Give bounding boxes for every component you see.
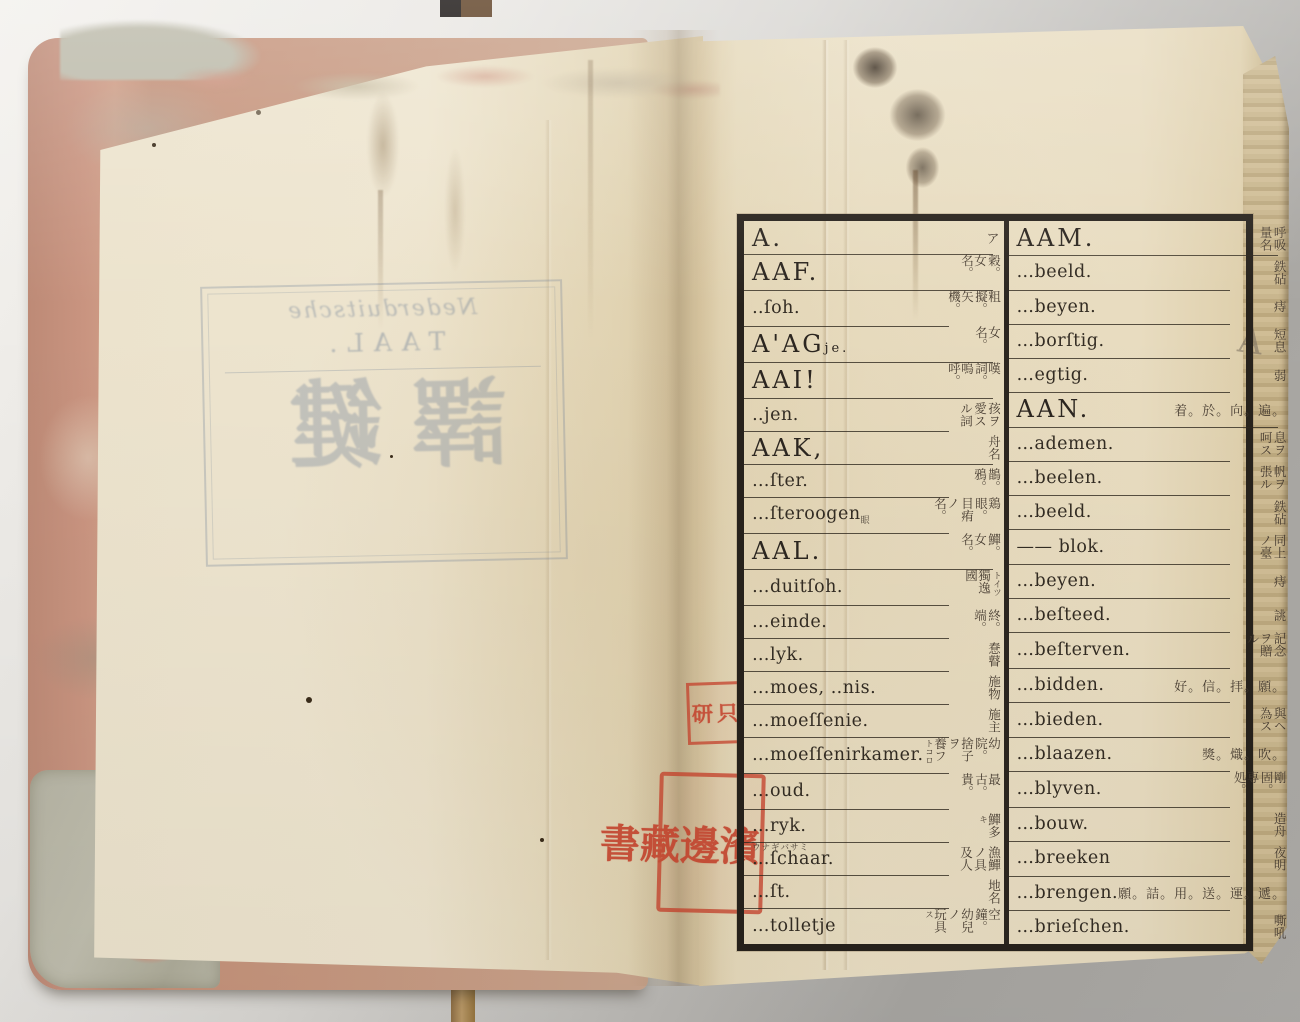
speck <box>540 838 544 842</box>
annotation-horizontal: 好。信。拝。願。 <box>1174 676 1286 695</box>
annotation-column: 鱓。 <box>988 533 1001 558</box>
annotation-column: 呵ス <box>1259 431 1272 456</box>
red-seal-small: 只 研 <box>686 681 744 745</box>
seal-char: 只 <box>716 697 738 728</box>
annotation-column: 息ヲ <box>1273 431 1286 456</box>
entry-annotation: 剛固。専処。 <box>1233 771 1289 807</box>
entry-word: …blaazen. <box>1009 744 1113 764</box>
annotation-column: 量名 <box>1259 226 1272 251</box>
dictionary-table: A.アAAF.穀。女名。‥ſoh.粗擬。矢機。A'AGje.女名。AAI!嘆詞。… <box>737 214 1253 951</box>
annotation-column: 痔 <box>1273 575 1286 588</box>
entry-word: AAF. <box>744 258 819 286</box>
entry-annotation: 記念ヲ贈ル <box>1246 632 1289 668</box>
entry-word-suffix: je. <box>824 341 849 356</box>
entry-annotation: 嘆詞。嗚呼。 <box>948 362 1004 398</box>
entry-word: …brengen. <box>1009 883 1119 903</box>
annotation-horizontal: ア <box>987 228 1001 247</box>
dict-row: AAM.呼吸量名 <box>1009 221 1290 255</box>
entry-word: AAL. <box>744 537 822 565</box>
dict-row: AAN.着。於。向。遍。 <box>1009 392 1290 426</box>
annotation-column: 鵲。 <box>988 468 1001 493</box>
dict-row: …ſt.地名 <box>744 875 1004 908</box>
entry-word: …beyen. <box>1009 297 1097 317</box>
entry-annotation: 施主 <box>988 708 1004 733</box>
annotation-horizontal: 願。詰。用。送。運。遞。 <box>1118 883 1286 902</box>
entry-annotation: 息ヲ呵ス <box>1259 431 1289 456</box>
dict-row: …egtig.弱 <box>1009 358 1290 392</box>
annotation-column: 帆ヲ <box>1273 465 1286 490</box>
annotation-column: 矢機。 <box>948 290 974 326</box>
dict-row: …beyen.痔 <box>1009 290 1290 324</box>
entry-annotation: 鱓。女名。 <box>961 533 1004 569</box>
entry-word: …tolletje <box>744 916 836 936</box>
entry-annotation: 着。於。向。遍。 <box>1174 400 1289 419</box>
annotation-column: 嘶吼 <box>1273 914 1286 939</box>
entry-word: …bieden. <box>1009 710 1104 730</box>
entry-word: …beſterven. <box>1009 640 1131 660</box>
annotation-column: キ <box>978 815 987 824</box>
annotation-column: 女名。 <box>961 254 987 290</box>
annotation-column: 呼吸 <box>1273 226 1286 251</box>
seal-char: 書 <box>599 812 640 870</box>
annotation-column: 與ヘ <box>1273 707 1286 732</box>
entry-annotation: 女名。 <box>975 326 1004 362</box>
dict-row: A.ア <box>744 221 1004 254</box>
speck <box>256 110 261 115</box>
annotation-column: 及人 <box>960 846 973 871</box>
annotation-column: 幼院。 <box>975 737 1001 773</box>
annotation-column: 最古。 <box>975 773 1001 809</box>
entry-word: …beeld. <box>1009 262 1092 282</box>
entry-word: …moeſſenirkamer. <box>744 745 924 765</box>
speck <box>306 697 312 703</box>
dict-row: …beſteed.誂 <box>1009 598 1290 632</box>
seal-char: 藏 <box>639 813 680 871</box>
annotation-column: 施主 <box>988 708 1001 733</box>
annotation-column: 養フ <box>934 737 947 762</box>
entry-word: …beelen. <box>1009 468 1103 488</box>
entry-word: A. <box>744 224 783 252</box>
annotation-column: 愛ス <box>974 402 987 427</box>
annotation-column: ノ具 <box>974 846 987 871</box>
entry-word: ‥jen. <box>744 405 799 425</box>
entry-annotation: 粗擬。矢機。 <box>948 290 1004 326</box>
annotation-column: 鴉。 <box>974 468 987 493</box>
annotation-column: ノ臺 <box>1259 534 1272 559</box>
dict-row: …bouw.造舟 <box>1009 807 1290 841</box>
annotation-column: 痔 <box>1273 300 1286 313</box>
entry-annotation: 好。信。拝。願。 <box>1174 676 1289 695</box>
annotation-horizontal: 着。於。向。遍。 <box>1174 400 1286 419</box>
entry-word: ‥ſoh. <box>744 298 800 318</box>
entry-word: AAM. <box>1009 224 1096 252</box>
entry-annotation: 舟名 <box>988 435 1004 460</box>
annotation-column: ル詞 <box>960 402 973 427</box>
entry-word: …oud. <box>744 781 811 801</box>
dict-row: ‥ſoh.粗擬。矢機。 <box>744 290 1004 326</box>
dict-row: …oud.最古。貴。 <box>744 773 1004 809</box>
dict-row: …ſteroogen眼鶏眼。目痏ノ名。 <box>744 497 1004 533</box>
entry-annotation: 造舟 <box>1273 812 1289 837</box>
entry-word: …duitſoh. <box>744 577 843 597</box>
entry-annotation: 孩ヲ愛スル詞 <box>960 402 1004 427</box>
dict-row: …brieſchen.嘶吼 <box>1009 910 1290 944</box>
dict-row: …ademen.息ヲ呵ス <box>1009 427 1290 461</box>
entry-word: …moes, ‥nis. <box>744 678 876 698</box>
annotation-column: 弱 <box>1273 369 1286 382</box>
dict-row: AAI!嘆詞。嗚呼。 <box>744 362 1004 398</box>
annotation-column: ノ名。 <box>934 497 960 533</box>
entry-annotation: 空鐘。幼兒ノ玩具ス <box>924 908 1004 944</box>
cover-worn-corner-top <box>60 20 260 80</box>
dict-row: …moeſſenie.施主 <box>744 704 1004 737</box>
entry-word: …bidden. <box>1009 675 1105 695</box>
annotation-column: ス <box>924 910 933 919</box>
entry-word: …beeld. <box>1009 502 1092 522</box>
entry-annotation: 鶏眼。目痏ノ名。 <box>934 497 1004 533</box>
entry-annotation: トイツ獨逸國 <box>965 569 1004 605</box>
entry-annotation: 鉄砧 <box>1273 500 1289 525</box>
entry-annotation: 鱓多キ <box>978 813 1004 838</box>
dict-row: …blaazen.獎。熾。吹。 <box>1009 737 1290 771</box>
annotation-column: 目痏 <box>961 497 974 522</box>
annotation-column: 幼兒ノ <box>948 908 974 944</box>
annotation-column: 女名。 <box>961 533 987 569</box>
annotation-column: 鱓多 <box>988 813 1001 838</box>
annotation-column: 鶏眼。 <box>975 497 1001 533</box>
entry-word: …egtig. <box>1009 365 1089 385</box>
dict-row: …lyk.惷瞽 <box>744 638 1004 671</box>
entry-annotation: 痔 <box>1273 575 1289 588</box>
annotation-column: トコロ <box>924 739 933 765</box>
entry-annotation: 痔 <box>1273 300 1289 313</box>
entry-annotation: 誂 <box>1273 609 1289 622</box>
entry-word: …blyven. <box>1009 779 1102 799</box>
dict-row: …beſterven.記念ヲ贈ル <box>1009 632 1290 668</box>
dict-row: …duitſoh.トイツ獨逸國 <box>744 569 1004 605</box>
entry-annotation: 漁鱓ノ具及人 <box>960 846 1004 871</box>
entry-word: …beyen. <box>1009 571 1097 591</box>
dict-row: …beyen.痔 <box>1009 564 1290 598</box>
annotation-column: 短息 <box>1273 328 1286 353</box>
dict-row: …tolletje空鐘。幼兒ノ玩具ス <box>744 908 1004 944</box>
annotation-column: 捨子ヲ <box>948 737 974 773</box>
entry-annotation: 終。端。 <box>974 609 1004 634</box>
annotation-column: 獨逸國 <box>965 569 991 605</box>
annotation-column: 嗚呼。 <box>948 362 974 398</box>
dict-row: AAL.鱓。女名。 <box>744 533 1004 569</box>
annotation-column: 同上 <box>1273 534 1286 559</box>
annotation-column: 夜明 <box>1273 846 1286 871</box>
entry-word: …ſter. <box>744 471 808 491</box>
entry-word: —— blok. <box>1009 537 1105 557</box>
dict-row: —— blok.同上ノ臺 <box>1009 529 1290 563</box>
annotation-column: 専処。 <box>1233 771 1259 807</box>
entry-word: …lyk. <box>744 645 804 665</box>
entry-word: AAI! <box>744 366 818 394</box>
showthrough-kanji-title: 譯鍵 <box>204 370 564 482</box>
annotation-column: 漁鱓 <box>988 846 1001 871</box>
annotation-column: 嘆詞。 <box>975 362 1001 398</box>
entry-word: …brieſchen. <box>1009 917 1130 937</box>
entry-word: …ſteroogen眼 <box>744 504 870 526</box>
dict-row: …moeſſenirkamer.幼院。捨子ヲ養フトコロ <box>744 737 1004 773</box>
annotation-column: 記念 <box>1273 632 1286 657</box>
entry-word: …ryk. <box>744 816 806 836</box>
dict-row: ウナギバサミ…ſchaar.漁鱓ノ具及人 <box>744 842 1004 875</box>
speck <box>152 143 156 147</box>
entry-word: …ademen. <box>1009 434 1114 454</box>
dict-row: …borſtig.短息 <box>1009 324 1290 358</box>
annotation-column: トイツ <box>992 571 1001 597</box>
title-page-showthrough: Nederduitsche TAAL. 譯鍵 <box>200 279 568 567</box>
entry-annotation: 獎。熾。吹。 <box>1202 744 1289 763</box>
dict-row: …moes, ‥nis.施物 <box>744 671 1004 704</box>
annotation-column: 終。 <box>988 609 1001 634</box>
entry-annotation: 施物 <box>988 675 1004 700</box>
entry-annotation: 穀。女名。 <box>961 254 1004 290</box>
entry-annotation: 鵲。鴉。 <box>974 468 1004 493</box>
dict-row: …bieden.與ヘ為ス <box>1009 702 1290 736</box>
dictionary-column-left: A.アAAF.穀。女名。‥ſoh.粗擬。矢機。A'AGje.女名。AAI!嘆詞。… <box>744 221 1004 944</box>
annotation-column: 惷瞽 <box>988 642 1001 667</box>
dict-row: …breeken夜明 <box>1009 841 1290 875</box>
entry-annotation: 嘶吼 <box>1273 914 1289 939</box>
annotation-column: 玩具 <box>934 908 947 933</box>
dict-row: AAF.穀。女名。 <box>744 254 1004 290</box>
annotation-horizontal: 獎。熾。吹。 <box>1202 744 1286 763</box>
dict-row: A'AGje.女名。 <box>744 326 1004 362</box>
cradle-stick-top <box>440 0 492 17</box>
entry-word: …breeken <box>1009 848 1111 868</box>
entry-annotation: 與ヘ為ス <box>1259 707 1289 732</box>
annotation-column: 穀。 <box>988 254 1001 279</box>
dict-row: …bidden.好。信。拝。願。 <box>1009 668 1290 702</box>
entry-annotation: 弱 <box>1273 369 1289 382</box>
dict-row: …beeld.鉄砧 <box>1009 495 1290 529</box>
annotation-column: 舟名 <box>988 435 1001 460</box>
entry-word: …ſt. <box>744 882 791 902</box>
entry-annotation: 鉄砧 <box>1273 260 1289 285</box>
entry-annotation: 呼吸量名 <box>1259 226 1289 251</box>
showthrough-caps-line: TAAL. <box>203 324 562 360</box>
dict-row: ‥jen.孩ヲ愛スル詞 <box>744 398 1004 431</box>
entry-word: AAN. <box>1009 395 1091 423</box>
dict-row: …blyven.剛固。専処。 <box>1009 771 1290 807</box>
dictionary-column-right: AAM.呼吸量名…beeld.鉄砧…beyen.痔…borſtig.短息…egt… <box>1004 221 1290 944</box>
entry-word: A'AGje. <box>744 330 849 358</box>
entry-annotation: 願。詰。用。送。運。遞。 <box>1118 883 1289 902</box>
annotation-column: 空鐘。 <box>975 908 1001 944</box>
entry-word: …beſteed. <box>1009 605 1112 625</box>
showthrough-script-line: Nederduitsche <box>202 293 560 325</box>
dict-row: …ryk.鱓多キ <box>744 809 1004 842</box>
annotation-column: 貴。 <box>961 773 974 798</box>
annotation-column: 孩ヲ <box>988 402 1001 427</box>
seal-char: 研 <box>691 698 713 729</box>
dict-row: …einde.終。端。 <box>744 605 1004 638</box>
entry-annotation: 幼院。捨子ヲ養フトコロ <box>924 737 1004 773</box>
annotation-column: 端。 <box>974 609 987 634</box>
annotation-column: 剛固。 <box>1260 771 1286 807</box>
entry-annotation: 同上ノ臺 <box>1259 534 1289 559</box>
entry-annotation: 最古。貴。 <box>961 773 1004 809</box>
entry-annotation: 惷瞽 <box>988 642 1004 667</box>
annotation-column: 地名 <box>988 879 1001 904</box>
annotation-column: ヲ贈ル <box>1246 632 1272 668</box>
annotation-column: 鉄砧 <box>1273 500 1286 525</box>
photo-backdrop: A Nederduitsche TAAL. 譯鍵 只 研 濱 邊 藏 書 A.ア… <box>0 0 1300 1022</box>
cradle-stick-bottom <box>451 986 475 1022</box>
seal-char: 邊 <box>679 814 720 872</box>
entry-ruby-kana: ウナギバサミ <box>752 841 809 853</box>
annotation-column: 粗擬。 <box>975 290 1001 326</box>
entry-annotation: 夜明 <box>1273 846 1289 871</box>
entry-word: …einde. <box>744 612 827 632</box>
entry-word: …borſtig. <box>1009 331 1105 351</box>
entry-annotation: ア <box>987 228 1004 247</box>
entry-annotation: 短息 <box>1273 328 1289 353</box>
dict-row: …beeld.鉄砧 <box>1009 255 1290 289</box>
entry-word: …moeſſenie. <box>744 711 869 731</box>
dict-row: AAK,舟名 <box>744 431 1004 464</box>
annotation-column: 為ス <box>1259 707 1272 732</box>
annotation-column: 鉄砧 <box>1273 260 1286 285</box>
entry-word: AAK, <box>744 434 824 462</box>
annotation-column: 施物 <box>988 675 1001 700</box>
entry-word: …bouw. <box>1009 814 1089 834</box>
dict-row: …beelen.帆ヲ張ル <box>1009 461 1290 495</box>
entry-annotation: 地名 <box>988 879 1004 904</box>
annotation-column: 張ル <box>1259 465 1272 490</box>
annotation-column: 女名。 <box>975 326 1001 362</box>
annotation-column: 造舟 <box>1273 812 1286 837</box>
entry-gloss-char: 眼 <box>861 516 871 526</box>
dict-row: …ſter.鵲。鴉。 <box>744 464 1004 497</box>
entry-annotation: 帆ヲ張ル <box>1259 465 1289 490</box>
annotation-column: 誂 <box>1273 609 1286 622</box>
dict-row: …brengen.願。詰。用。送。運。遞。 <box>1009 876 1290 910</box>
